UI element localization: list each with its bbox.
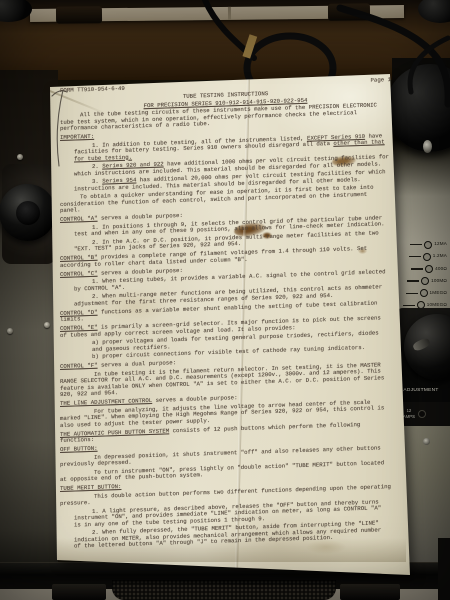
- document-body: All the tube testing circuits of these i…: [60, 102, 391, 550]
- strip-seam: [228, 7, 231, 20]
- photo-of-tube-tester-with-instruction-sheet: 12MA1.2MA400Ω100MΩ1MEGΩ10MEGΩ ADJUSTMENT…: [0, 0, 450, 600]
- jack-label: 1MEGΩ: [430, 291, 447, 296]
- case-knob: [0, 0, 32, 22]
- form-number: FORM TT910-954-6-49: [60, 86, 125, 95]
- jack-label: 100MΩ: [431, 279, 447, 284]
- jack-label: 1.2MA: [433, 254, 447, 259]
- case-latch: [56, 6, 102, 23]
- case-side-edge: [438, 538, 450, 600]
- paper-document-wrap: FORM TT910-954-6-49 Page 1 TUBE TESTING …: [30, 48, 430, 588]
- panel-screw: [17, 154, 23, 160]
- jack-label: 12MA: [434, 242, 447, 247]
- case-edge-strip: [30, 5, 404, 22]
- typed-document-text: FORM TT910-954-6-49 Page 1 TUBE TESTING …: [60, 77, 391, 552]
- case-latch: [328, 3, 370, 20]
- page-number: Page 1: [371, 77, 391, 84]
- case-knob: [418, 0, 450, 23]
- paper-document: FORM TT910-954-6-49 Page 1 TUBE TESTING …: [30, 48, 430, 588]
- jack-label: 400Ω: [435, 267, 447, 272]
- panel-screw: [7, 328, 13, 334]
